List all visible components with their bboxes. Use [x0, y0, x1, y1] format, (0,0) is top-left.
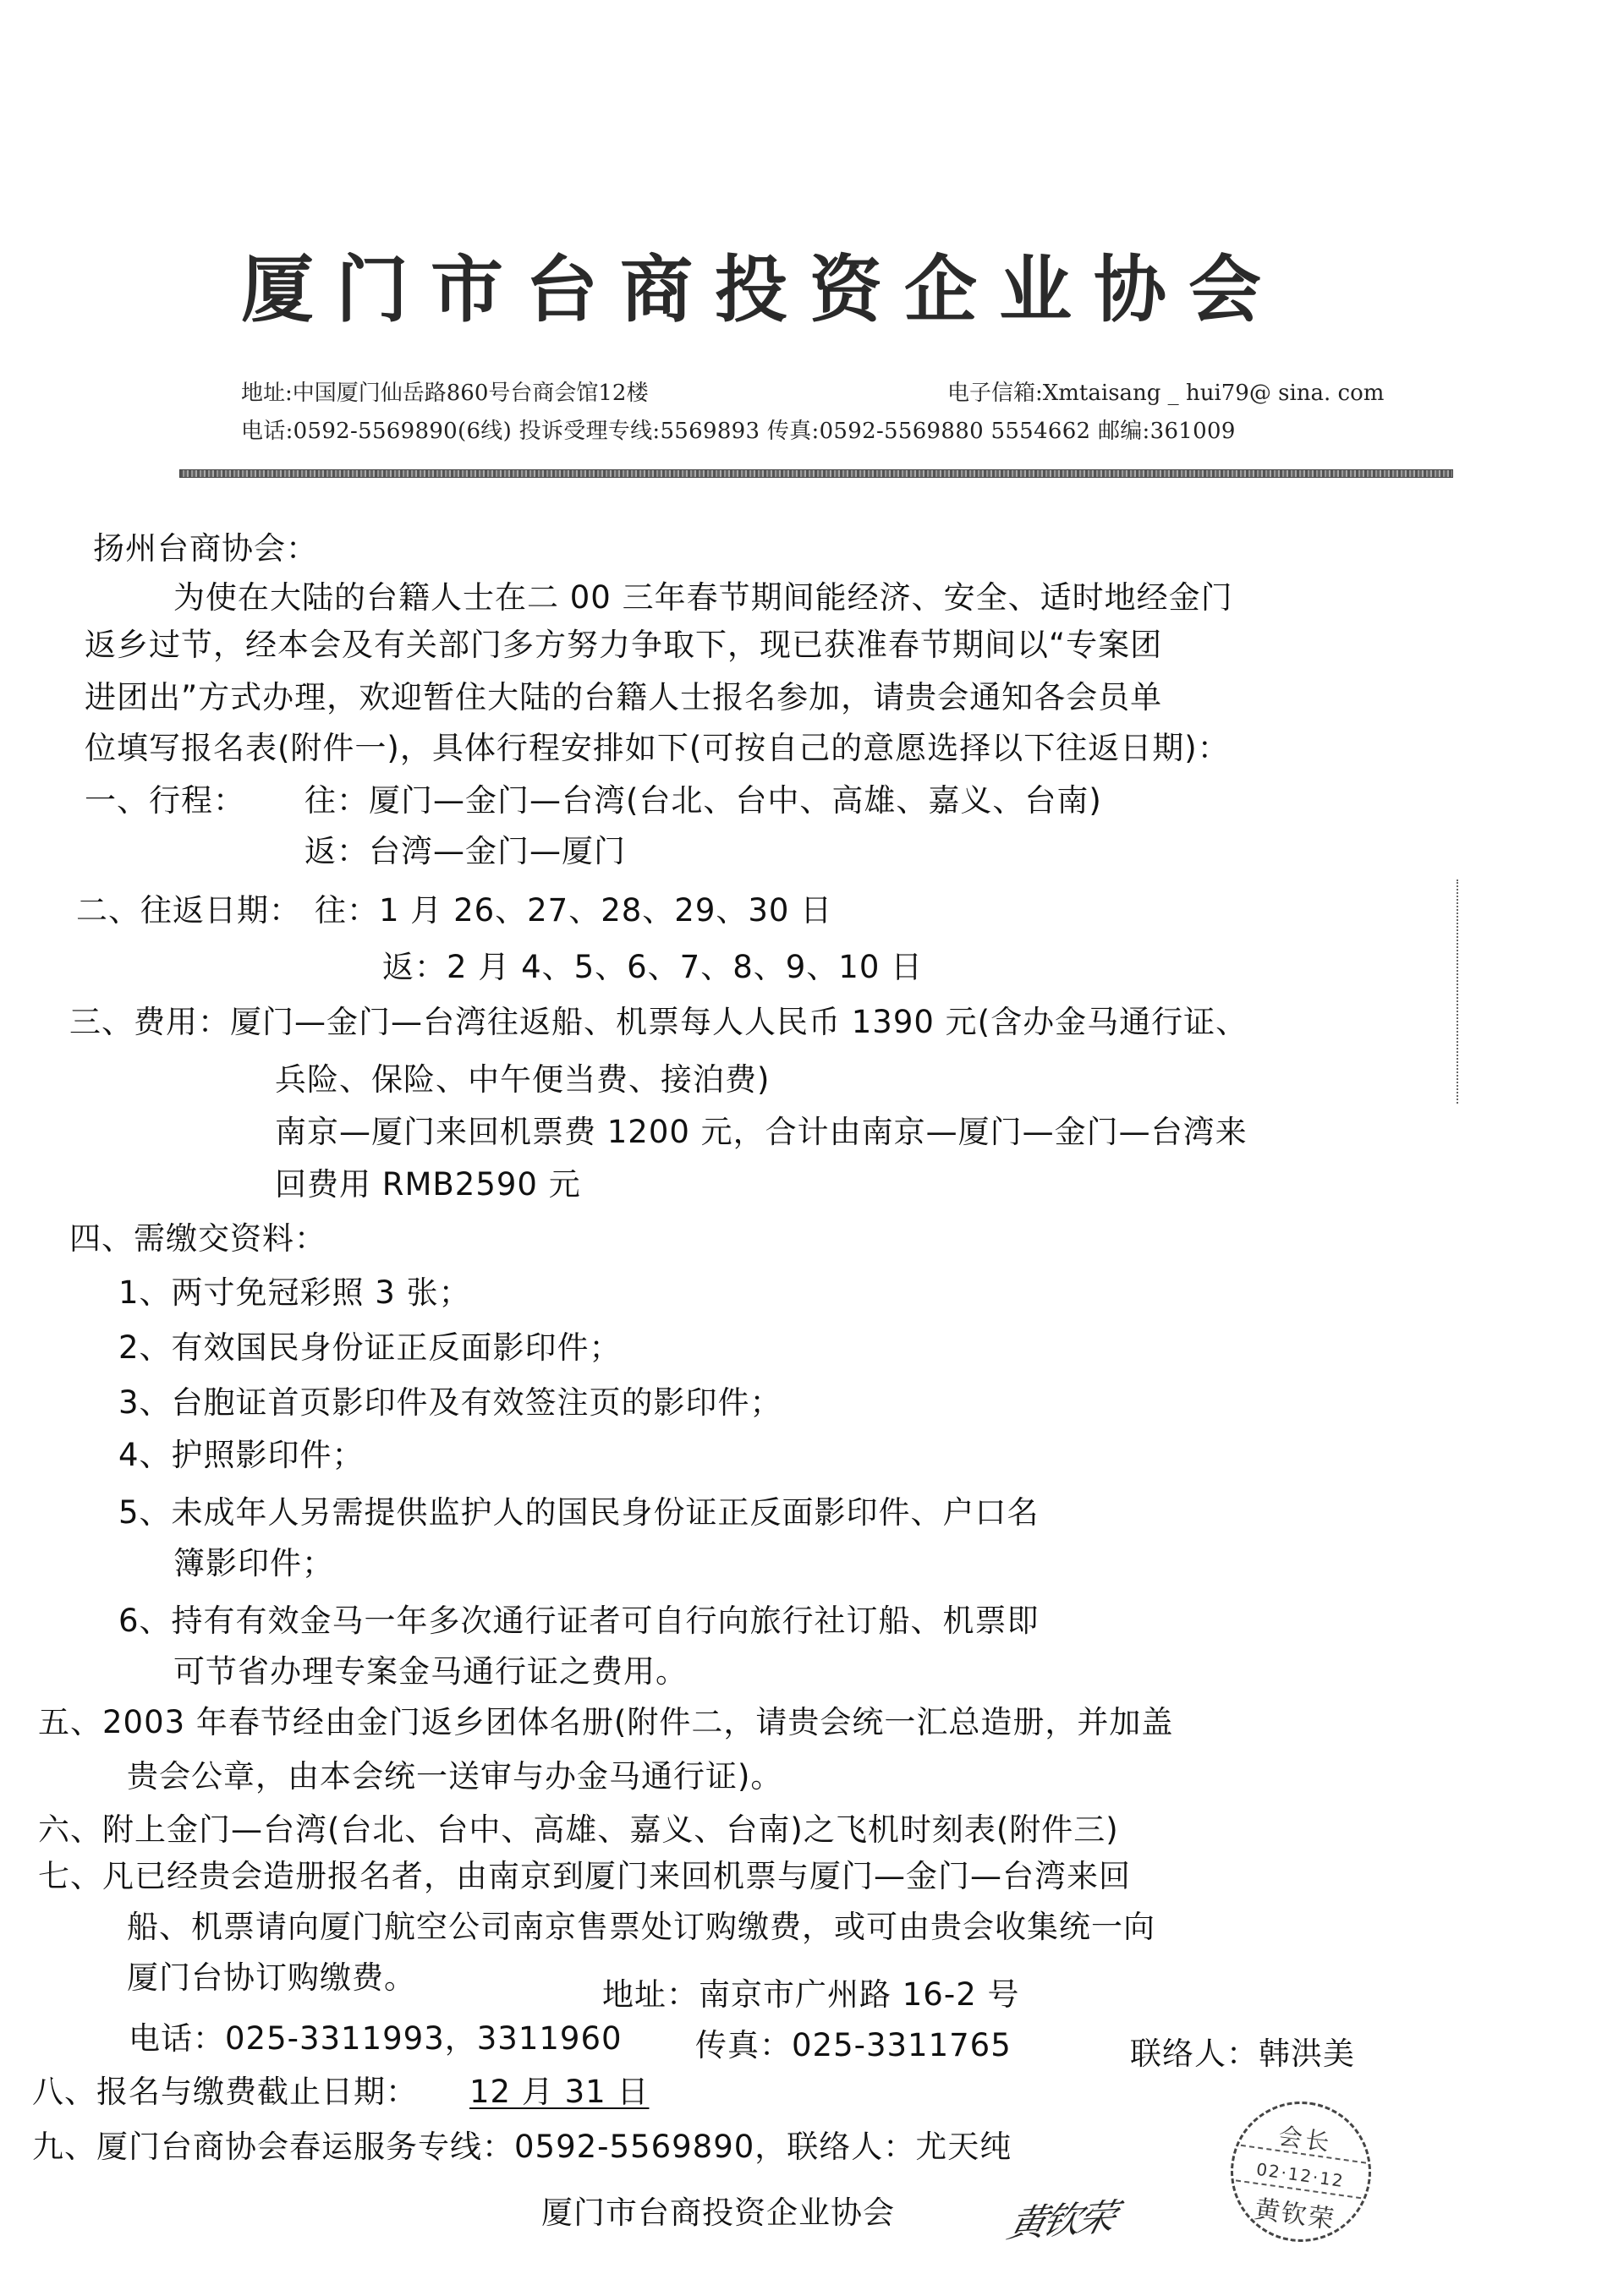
section4-label: 四、需缴交资料： — [69, 1223, 326, 1254]
letterhead-address: 地址:中国厦门仙岳路860号台商会馆12楼 — [241, 382, 648, 404]
section3-line-1: 三、费用：厦门—金门—台湾往返船、机票每人人民币 1390 元(含办金马通行证、 — [69, 1006, 1248, 1038]
section1-return: 返：台湾—金门—厦门 — [304, 836, 626, 867]
handwritten-signature: 黄钦荣 — [1003, 2187, 1121, 2248]
section4-item-5: 5、未成年人另需提供监护人的国民身份证正反面影印件、户口名 — [118, 1497, 1040, 1528]
section1-outbound: 往：厦门—金门—台湾(台北、台中、高雄、嘉义、台南) — [304, 785, 1102, 816]
section7-address: 地址：南京市广州路 16-2 号 — [602, 1979, 1020, 2010]
section1-label: 一、行程： — [85, 785, 245, 816]
section4-item-1: 1、两寸免冠彩照 3 张； — [118, 1277, 471, 1308]
letterhead-contact-line: 电话:0592-5569890(6线) 投诉受理专线:5569893 传真:05… — [241, 420, 1236, 442]
seal-title: 会长 — [1237, 2112, 1375, 2164]
intro-line-4: 位填写报名表(附件一)，具体行程安排如下(可按自己的意愿选择以下往返日期)： — [85, 732, 1230, 764]
section7-contact: 联络人：韩洪美 — [1130, 2038, 1355, 2069]
intro-line-1: 为使在大陆的台籍人士在二 00 三年春节期间能经济、安全、适时地经金门 — [173, 582, 1233, 613]
letterhead-divider — [179, 469, 1453, 478]
seal-name: 黄钦荣 — [1226, 2184, 1365, 2240]
signoff-org: 厦门市台商投资企业协会 — [541, 2197, 895, 2228]
intro-line-2: 返乡过节，经本会及有关部门多方努力争取下，现已获准春节期间以“专案团 — [85, 629, 1162, 660]
section3-line-3: 南京—厦门来回机票费 1200 元，合计由南京—厦门—金门—台湾来 — [275, 1116, 1248, 1148]
section4-item-3: 3、台胞证首页影印件及有效签注页的影印件； — [118, 1387, 782, 1418]
section7-line-2: 船、机票请向厦门航空公司南京售票处订购缴费，或可由贵会收集统一向 — [127, 1911, 1155, 1943]
section5-line-2: 贵会公章，由本会统一送审与办金马通行证)。 — [127, 1761, 782, 1792]
section5-line-1: 五、2003 年春节经由金门返乡团体名册(附件二，请贵会统一汇总造册，并加盖 — [38, 1707, 1173, 1738]
section8-deadline: 12 月 31 日 — [469, 2076, 649, 2107]
recipient-salutation: 扬州台商协会： — [93, 533, 318, 564]
section4-item-4: 4、护照影印件； — [118, 1439, 365, 1471]
section4-item-6-cont: 可节省办理专案金马通行证之费用。 — [173, 1656, 688, 1687]
section2-label: 二、往返日期： — [76, 895, 301, 926]
intro-line-3: 进团出”方式办理，欢迎暂住大陆的台籍人士报名参加，请贵会通知各会员单 — [85, 682, 1162, 713]
section9-line-1: 九、厦门台商协会春运服务专线：0592-5569890，联络人：尤天纯 — [32, 2131, 1012, 2162]
section4-item-2: 2、有效国民身份证正反面影印件； — [118, 1332, 622, 1363]
section2-outbound: 往：1 月 26、27、28、29、30 日 — [315, 895, 832, 926]
official-seal-stamp: 会长 02·12·12 黄钦荣 — [1221, 2092, 1380, 2250]
letterhead-email: 电子信箱:Xmtaisang _ hui79@ sina. com — [947, 382, 1384, 404]
section7-phone: 电话：025-3311993，3311960 — [129, 2023, 623, 2054]
scanned-letter-page: 厦门市台商投资企业协会 地址:中国厦门仙岳路860号台商会馆12楼 电子信箱:X… — [0, 0, 1624, 2296]
section4-item-5-cont: 簿影印件； — [173, 1548, 334, 1579]
letterhead-title: 厦门市台商投资企业协会 — [241, 254, 1283, 326]
section7-fax: 传真：025-3311765 — [695, 2030, 1012, 2061]
section7-line-3: 厦门台协订购缴费。 — [127, 1962, 416, 1993]
section8-label: 八、报名与缴费截止日期： — [32, 2076, 418, 2107]
section3-line-2: 兵险、保险、中午便当费、接泊费) — [275, 1064, 770, 1095]
section3-line-4: 回费用 RMB2590 元 — [275, 1169, 581, 1200]
section4-item-6: 6、持有有效金马一年多次通行证者可自行向旅行社订船、机票即 — [118, 1605, 1040, 1636]
margin-scan-artifact — [1457, 879, 1458, 1104]
section7-line-1: 七、凡已经贵会造册报名者，由南京到厦门来回机票与厦门—金门—台湾来回 — [38, 1860, 1131, 1892]
section6-line-1: 六、附上金门—台湾(台北、台中、高雄、嘉义、台南)之飞机时刻表(附件三) — [38, 1814, 1119, 1845]
section2-return: 返：2 月 4、5、6、7、8、9、10 日 — [382, 951, 923, 983]
